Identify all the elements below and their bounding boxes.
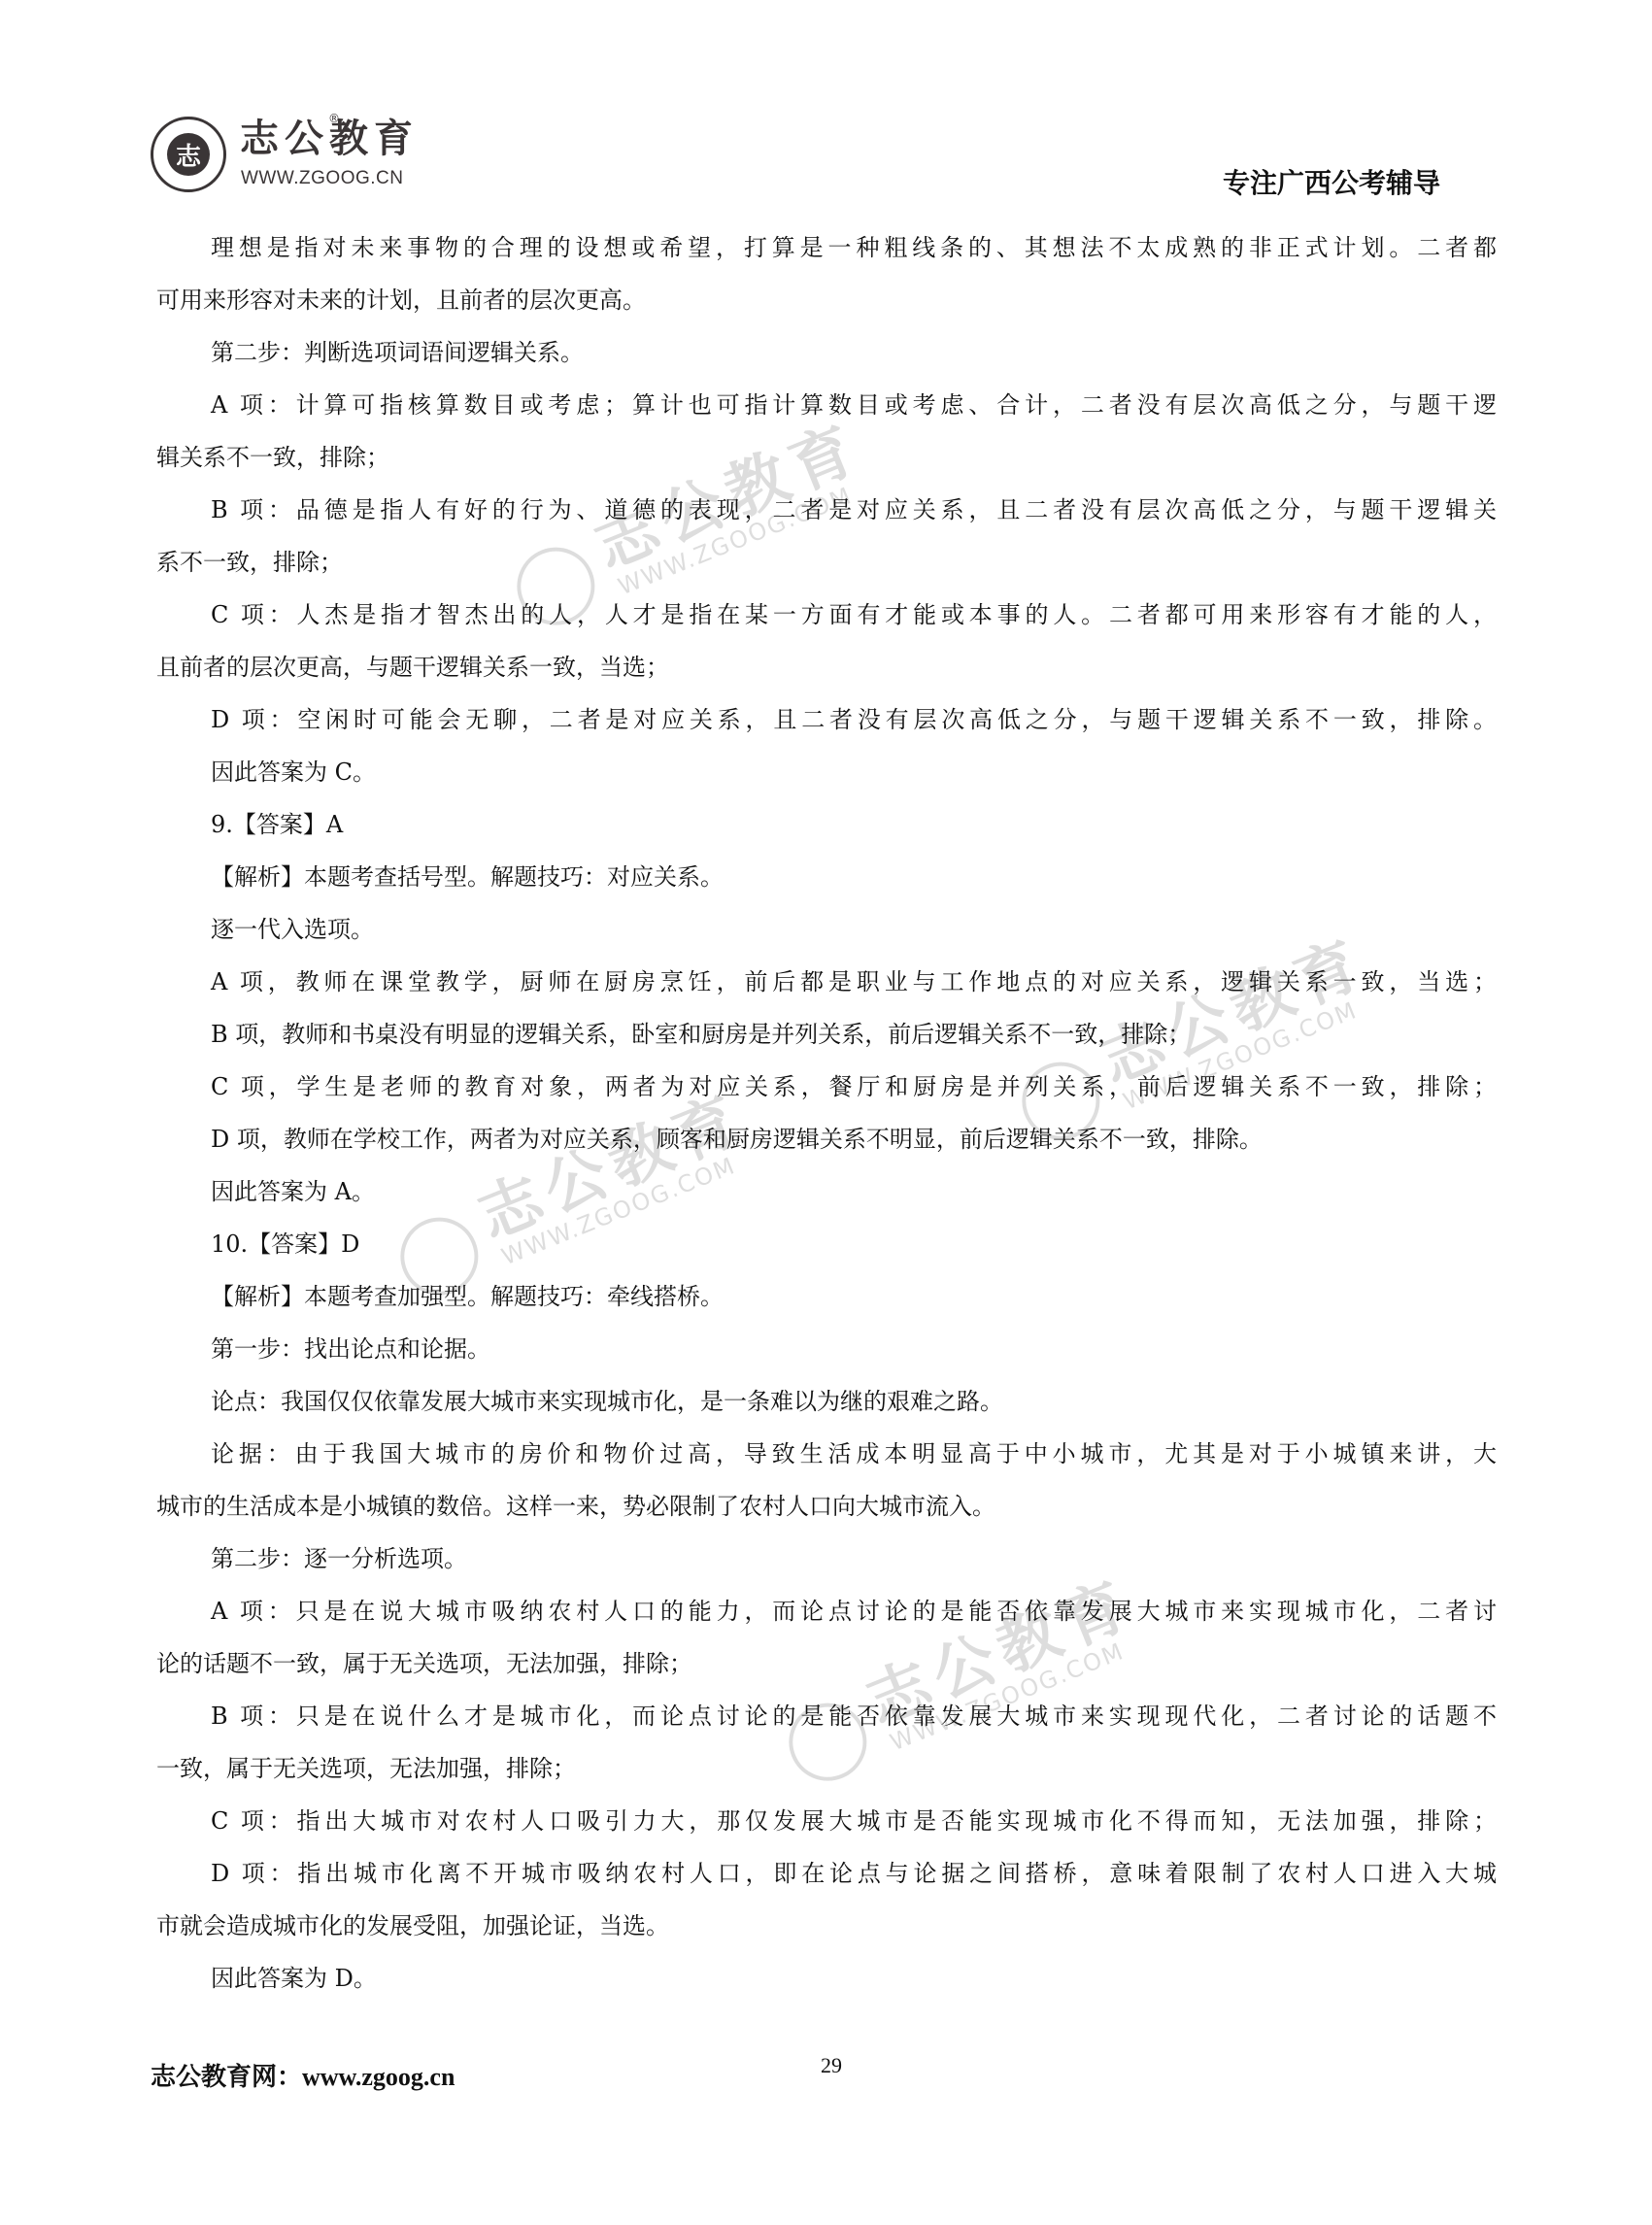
text-line: B 项，教师和书桌没有明显的逻辑关系，卧室和厨房是并列关系，前后逻辑关系不一致，… — [156, 1008, 1497, 1061]
text-line: 论点：我国仅仅依靠发展大城市来实现城市化，是一条难以为继的艰难之路。 — [156, 1375, 1497, 1428]
text-line: A 项：只是在说大城市吸纳农村人口的能力，而论点讨论的是能否依靠发展大城市来实现… — [156, 1585, 1497, 1637]
text-line: 系不一致，排除； — [156, 536, 1497, 589]
text-line: C 项：人杰是指才智杰出的人，人才是指在某一方面有才能或本事的人。二者都可用来形… — [156, 589, 1497, 641]
text-line: D 项：指出城市化离不开城市吸纳农村人口，即在论点与论据之间搭桥，意味着限制了农… — [156, 1847, 1497, 1900]
page-header: 志 志公教育 ® WWW.ZGOOG.CN 专注广西公考辅导 — [151, 112, 1500, 209]
seal-glyph: 志 — [167, 133, 210, 176]
text-line: 因此答案为 C。 — [156, 746, 1497, 798]
text-line: 9.【答案】A — [156, 798, 1497, 851]
page-footer: 志公教育网：www.zgoog.cn 29 — [151, 2057, 1500, 2106]
text-line: 第二步：逐一分析选项。 — [156, 1533, 1497, 1585]
text-line: D 项，教师在学校工作，两者为对应关系，顾客和厨房逻辑关系不明显，前后逻辑关系不… — [156, 1113, 1497, 1165]
text-line: 因此答案为 A。 — [156, 1165, 1497, 1218]
text-line: A 项，教师在课堂教学，厨师在厨房烹饪，前后都是职业与工作地点的对应关系，逻辑关… — [156, 956, 1497, 1008]
text-line: C 项，学生是老师的教育对象，两者为对应关系，餐厅和厨房是并列关系，前后逻辑关系… — [156, 1061, 1497, 1113]
text-line: C 项：指出大城市对农村人口吸引力大，那仅发展大城市是否能实现城市化不得而知，无… — [156, 1795, 1497, 1847]
registered-mark: ® — [328, 112, 340, 125]
text-line: 市就会造成城市化的发展受阻，加强论证，当选。 — [156, 1900, 1497, 1952]
text-line: 可用来形容对未来的计划，且前者的层次更高。 — [156, 274, 1497, 326]
text-line: 10.【答案】D — [156, 1218, 1497, 1270]
header-slogan: 专注广西公考辅导 — [1223, 162, 1440, 201]
logo-url: WWW.ZGOOG.CN — [241, 168, 403, 189]
text-line: 论据：由于我国大城市的房价和物价过高，导致生活成本明显高于中小城市，尤其是对于小… — [156, 1428, 1497, 1480]
text-line: D 项：空闲时可能会无聊，二者是对应关系，且二者没有层次高低之分，与题干逻辑关系… — [156, 693, 1497, 746]
logo-seal-icon: 志 — [151, 117, 226, 192]
footer-site-label: 志公教育网：www.zgoog.cn — [151, 2057, 455, 2093]
text-line: 辑关系不一致，排除； — [156, 431, 1497, 484]
text-line: 【解析】本题考查括号型。解题技巧：对应关系。 — [156, 851, 1497, 903]
text-line: 且前者的层次更高，与题干逻辑关系一致，当选； — [156, 641, 1497, 693]
text-line: 城市的生活成本是小城镇的数倍。这样一来，势必限制了农村人口向大城市流入。 — [156, 1480, 1497, 1533]
text-line: 论的话题不一致，属于无关选项，无法加强，排除； — [156, 1637, 1497, 1690]
text-line: 第一步：找出论点和论据。 — [156, 1323, 1497, 1375]
text-line: B 项：品德是指人有好的行为、道德的表现，二者是对应关系，且二者没有层次高低之分… — [156, 484, 1497, 536]
text-line: 因此答案为 D。 — [156, 1952, 1497, 2005]
text-line: B 项：只是在说什么才是城市化，而论点讨论的是能否依靠发展大城市来实现现代化，二… — [156, 1690, 1497, 1742]
text-line: 理想是指对未来事物的合理的设想或希望，打算是一种粗线条的、其想法不太成熟的非正式… — [156, 221, 1497, 274]
text-line: A 项：计算可指核算数目或考虑；算计也可指计算数目或考虑、合计，二者没有层次高低… — [156, 379, 1497, 431]
text-line: 逐一代入选项。 — [156, 903, 1497, 956]
document-body: 理想是指对未来事物的合理的设想或希望，打算是一种粗线条的、其想法不太成熟的非正式… — [156, 221, 1497, 2005]
text-line: 第二步：判断选项词语间逻辑关系。 — [156, 326, 1497, 379]
page-number: 29 — [821, 2053, 842, 2078]
text-line: 一致，属于无关选项，无法加强，排除； — [156, 1742, 1497, 1795]
text-line: 【解析】本题考查加强型。解题技巧：牵线搭桥。 — [156, 1270, 1497, 1323]
